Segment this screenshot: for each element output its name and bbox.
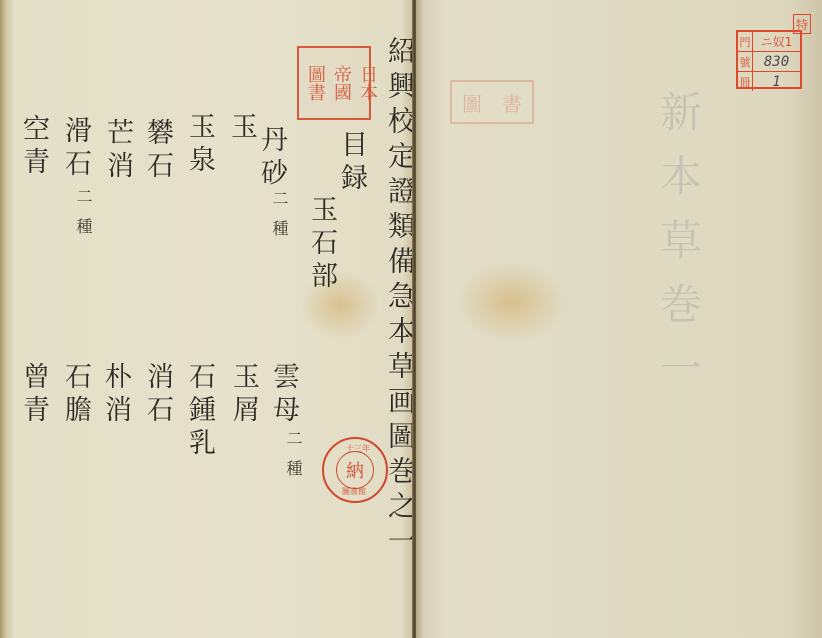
entry-boshou: 芒消 xyxy=(104,118,131,184)
library-call-number-stamp: 門 ニ奴1 號 830 冊 1 xyxy=(736,30,802,89)
entry-kuusei: 空青 xyxy=(20,114,47,180)
round-date-seal: 十三年 圖書館 納 xyxy=(322,437,388,503)
water-stain xyxy=(456,262,566,342)
contents-label: 目録 xyxy=(338,130,365,196)
entry-kasseki-note: 二種 xyxy=(72,188,95,248)
section-heading: 玉石部 xyxy=(308,195,335,294)
entry-unmo-note: 二種 xyxy=(282,430,305,490)
entry-dansha: 丹砂 xyxy=(258,125,285,191)
entry-gyoku: 玉 xyxy=(228,112,255,145)
volume-title: 紹興校定證類備急本草画圖巻之一 xyxy=(386,36,414,561)
entry-bokushou: 朴消 xyxy=(102,362,129,428)
entry-gyokusetsu: 玉屑 xyxy=(230,362,257,428)
call-row-class: 門 ニ奴1 xyxy=(738,32,800,52)
right-page: 圖書 新本草巻一 特 門 ニ奴1 號 830 冊 1 xyxy=(416,0,822,638)
entry-gyokusen: 玉泉 xyxy=(186,112,213,178)
square-library-seal: 日本 帝國 圖書 xyxy=(297,46,371,120)
entry-banseki: 礬石 xyxy=(144,118,171,184)
left-page: 紹興校定證類備急本草画圖巻之一 日本 帝國 圖書 目録 玉石部 丹砂 二種 玉 … xyxy=(0,0,414,638)
entry-sousei: 曾青 xyxy=(20,362,47,428)
call-row-number: 號 830 xyxy=(738,52,800,72)
entry-kasseki: 滑石 xyxy=(62,116,89,182)
entry-unmo: 雲母 xyxy=(270,362,297,428)
call-row-volume: 冊 1 xyxy=(738,72,800,91)
entry-dansha-note: 二種 xyxy=(268,190,291,250)
entry-sekitan: 石膽 xyxy=(62,362,89,428)
show-through-title: 新本草巻一 xyxy=(648,90,708,410)
entry-sekishounyuu: 石鍾乳 xyxy=(186,362,213,461)
entry-shouseki: 消石 xyxy=(144,362,171,428)
offset-seal-impression: 圖書 xyxy=(450,80,534,124)
book-spread: 紹興校定證類備急本草画圖巻之一 日本 帝國 圖書 目録 玉石部 丹砂 二種 玉 … xyxy=(0,0,822,638)
